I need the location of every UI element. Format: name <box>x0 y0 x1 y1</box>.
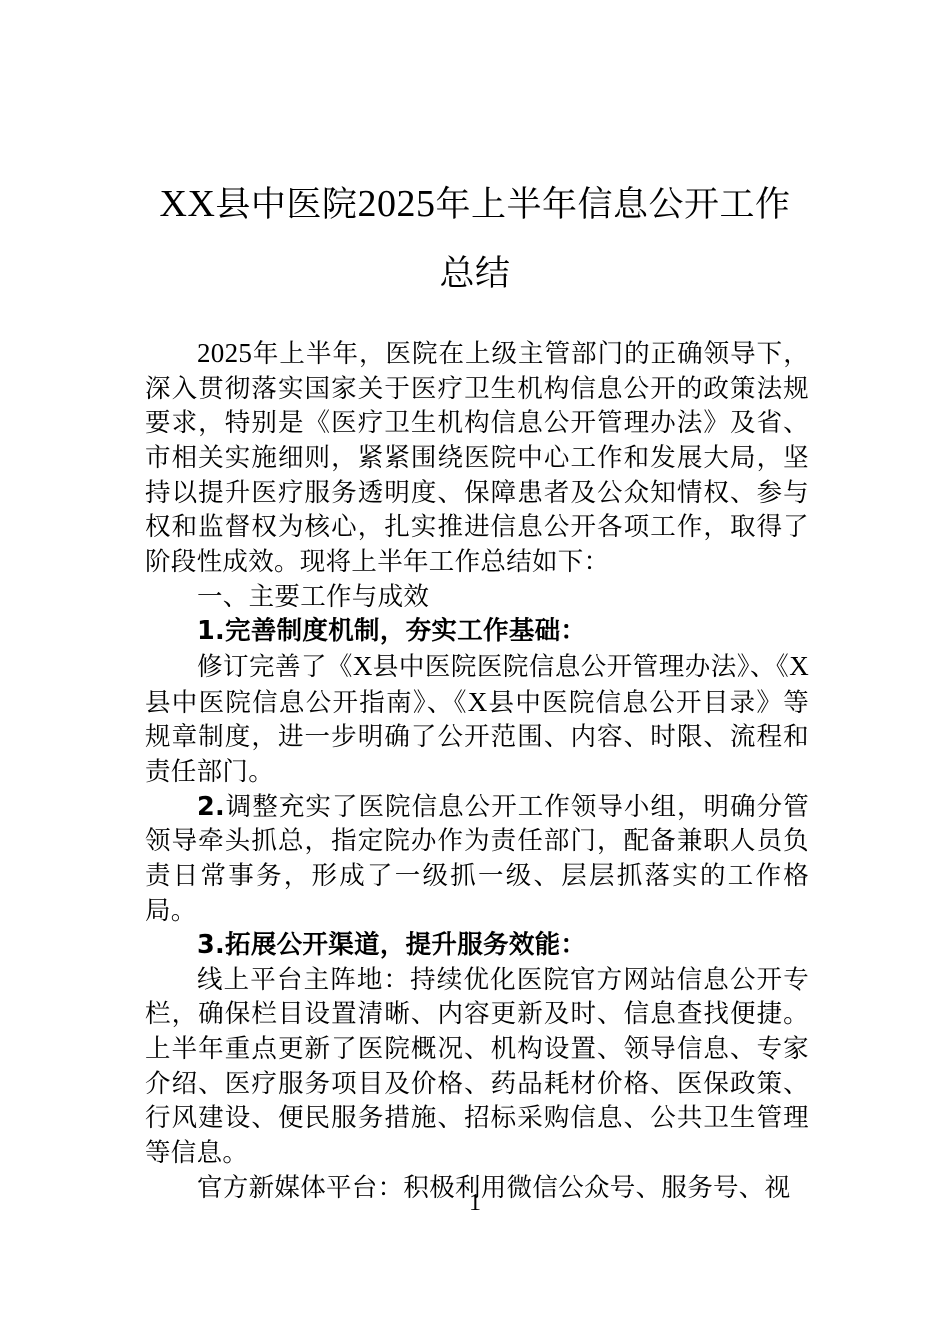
section-heading-main-work: 一、主要工作与成效 <box>145 580 809 615</box>
item-1-text-a: 修订完善了《 <box>197 652 353 682</box>
item-3-heading: 3.拓展公开渠道，提升服务效能： <box>145 928 809 963</box>
item-2-paragraph: 2.调整充实了医院信息公开工作领导小组，明确分管领导牵头抓总，指定院办作为责任部… <box>145 790 809 929</box>
title-subject: 年上半年信息公开工作 <box>435 185 790 225</box>
item-1-body: 修订完善了《X县中医院医院信息公开管理办法》、《X县中医院信息公开指南》、《X县… <box>145 649 809 790</box>
title-line2: 总结 <box>439 254 510 294</box>
item-1-x1: X <box>353 651 373 681</box>
page-number: 1 <box>0 1189 950 1217</box>
item-2-number: 2. <box>197 792 225 822</box>
item-1-heading: 1.完善制度机制，夯实工作基础： <box>145 614 809 649</box>
document-page: XX县中医院2025年上半年信息公开工作总结 2025年上半年，医院在上级主管部… <box>0 0 950 1344</box>
item-1-text-b: 县中医院医院信息公开管理办法》、《 <box>373 652 789 682</box>
item-1-text-c: 县中医院信息公开指南》、《 <box>145 688 468 718</box>
item-2-text: 调整充实了医院信息公开工作领导小组，明确分管领导牵头抓总，指定院办作为责任部门，… <box>145 792 809 926</box>
intro-paragraph: 2025年上半年，医院在上级主管部门的正确领导下，深入贯彻落实国家关于医疗卫生机… <box>145 336 809 580</box>
title-year: 2025 <box>357 183 435 225</box>
title-hospital: 县中医院 <box>215 185 357 225</box>
intro-text: 年上半年，医院在上级主管部门的正确领导下，深入贯彻落实国家关于医疗卫生机构信息公… <box>145 339 809 577</box>
intro-year: 2025 <box>197 338 252 368</box>
item-1-x2: X <box>789 651 809 681</box>
title-prefix: XX <box>160 183 216 225</box>
document-title: XX县中医院2025年上半年信息公开工作总结 <box>120 170 830 309</box>
online-platform-paragraph: 线上平台主阵地：持续优化医院官方网站信息公开专栏，确保栏目设置清晰、内容更新及时… <box>145 963 809 1171</box>
item-1-x3: X <box>468 687 488 717</box>
document-body: 2025年上半年，医院在上级主管部门的正确领导下，深入贯彻落实国家关于医疗卫生机… <box>145 336 809 1205</box>
